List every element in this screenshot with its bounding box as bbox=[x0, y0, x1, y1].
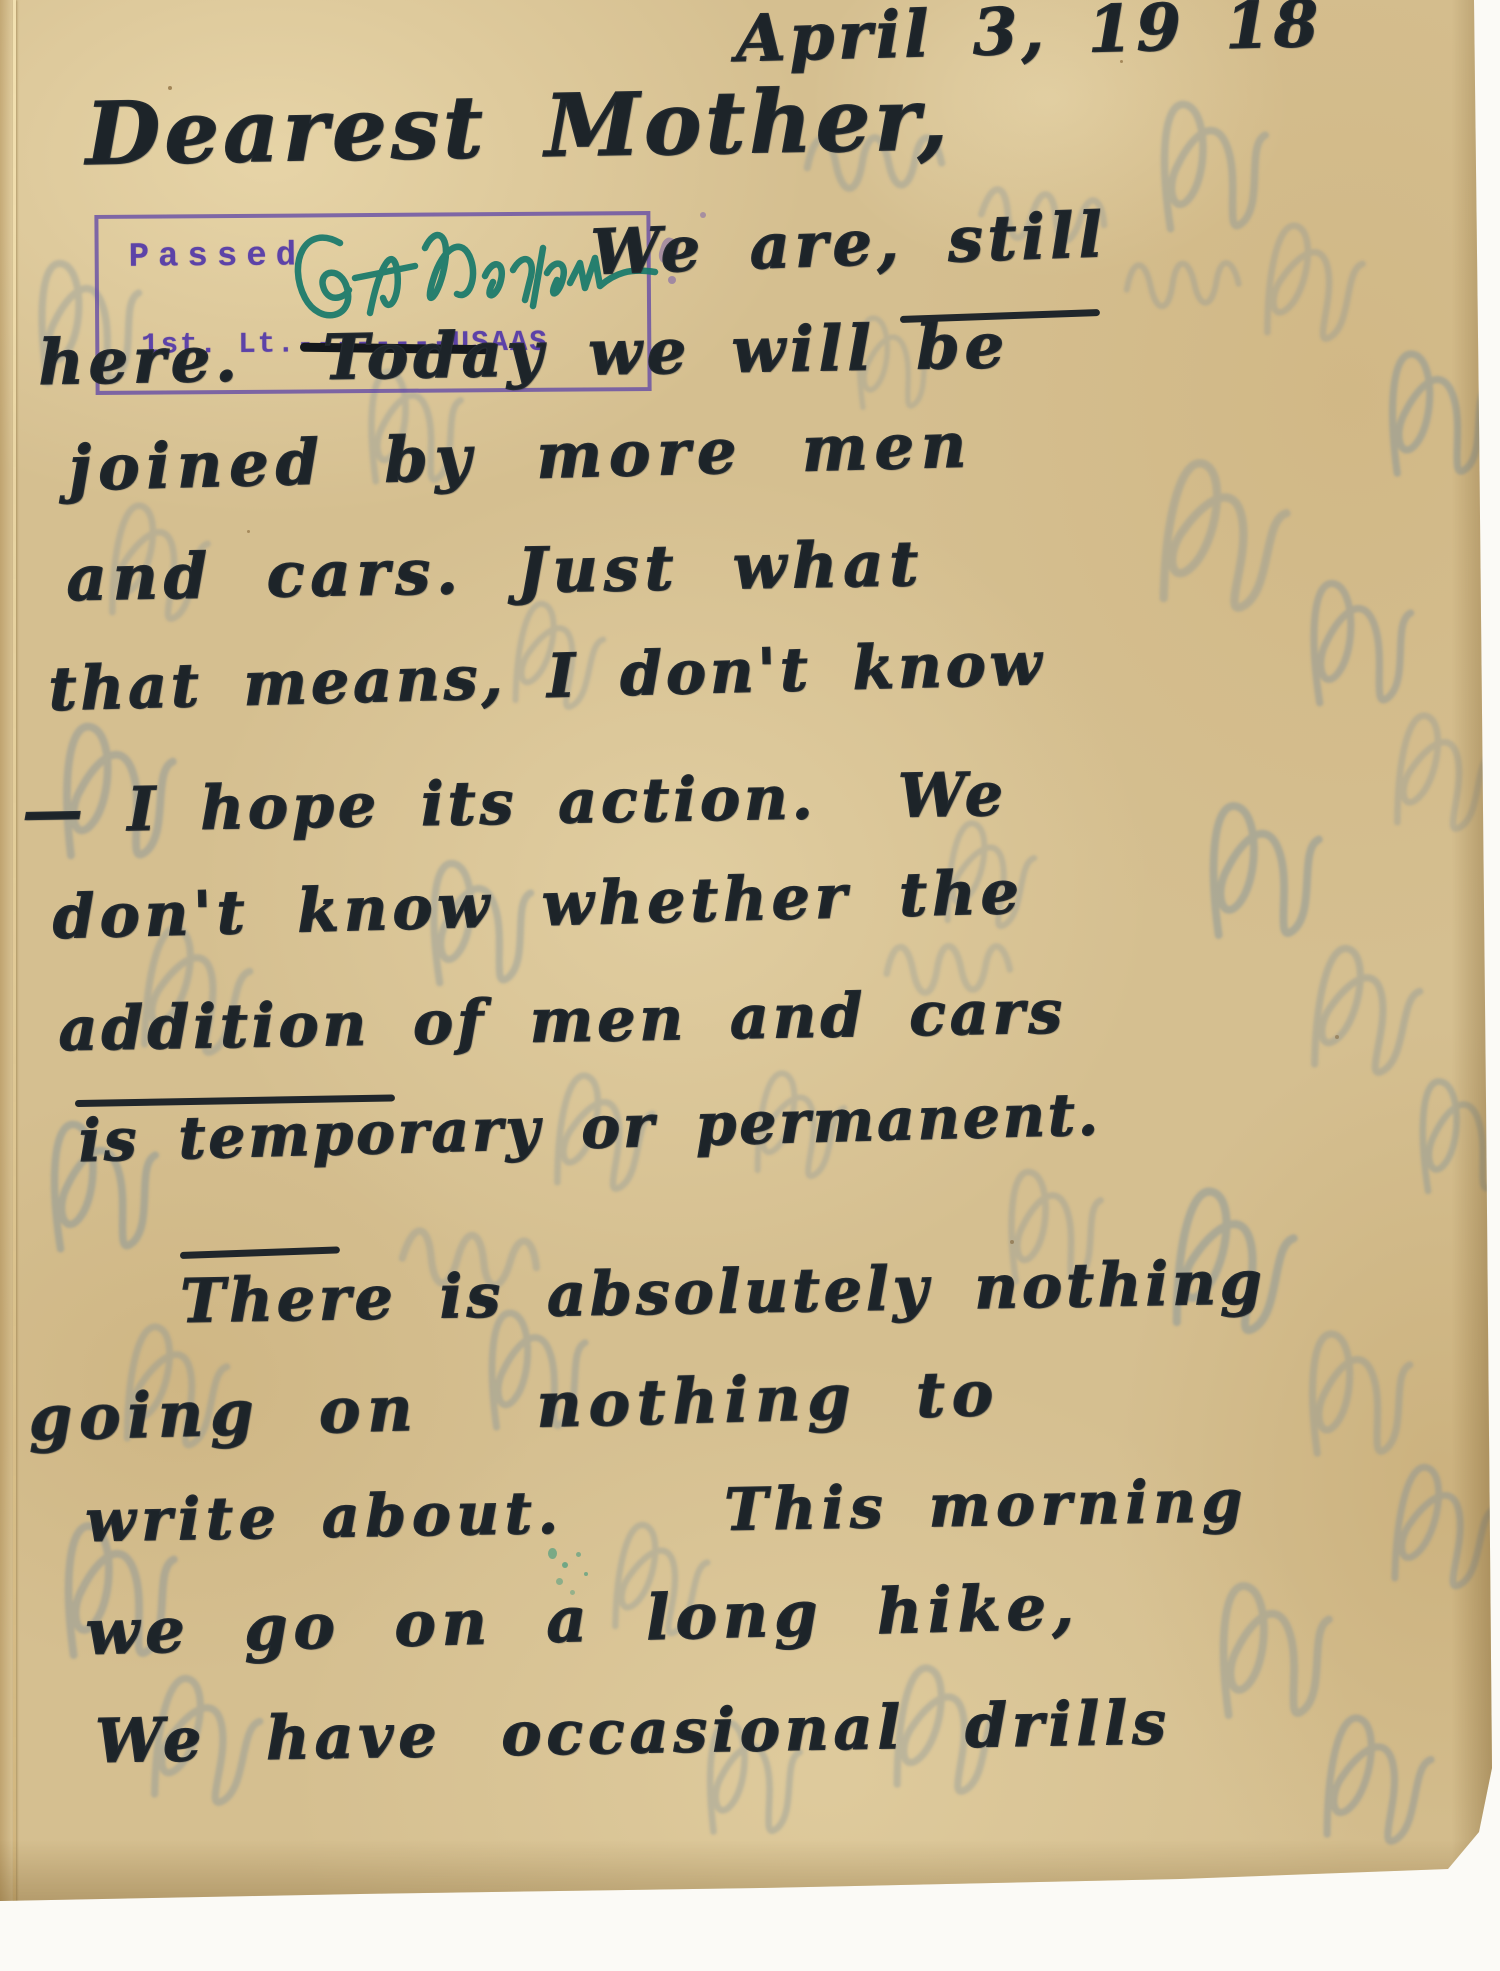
letter-line-2: We are, still bbox=[590, 204, 1108, 284]
salutation-line: Dearest Mother, bbox=[85, 77, 952, 178]
scan-background: Passed 1st. Lt.--------USAAS bbox=[0, 0, 1500, 1971]
teal-stain bbox=[562, 1562, 568, 1568]
paper-fold-crease bbox=[13, 0, 16, 1905]
letter-line-5: and cars. Just what bbox=[66, 533, 925, 610]
paper-fleck bbox=[247, 530, 250, 533]
letter-paper: Passed 1st. Lt.--------USAAS bbox=[0, 0, 1500, 1971]
censor-stamp-passed-text: Passed bbox=[129, 237, 306, 276]
paper-bottom-edge-shading bbox=[0, 1840, 1500, 1902]
paper-right-edge-shading bbox=[1452, 0, 1494, 1880]
paper-left-edge-shading bbox=[0, 0, 12, 1910]
teal-stain bbox=[576, 1552, 581, 1557]
paper-fleck bbox=[1010, 1240, 1014, 1244]
letter-line-7: — I hope its action. We bbox=[22, 765, 1007, 842]
teal-stain bbox=[548, 1548, 557, 1559]
paper-fleck bbox=[1335, 1035, 1339, 1039]
letter-line-15: We have occasional drills bbox=[95, 1693, 1171, 1772]
teal-stain bbox=[584, 1572, 588, 1576]
letter-line-3: here. Today we will be bbox=[38, 315, 1010, 394]
letter-line-9: addition of men and cars bbox=[58, 982, 1067, 1060]
letter-line-11: There is absolutely nothing bbox=[180, 1253, 1266, 1332]
date-line: April 3, 19 18 bbox=[735, 0, 1323, 72]
